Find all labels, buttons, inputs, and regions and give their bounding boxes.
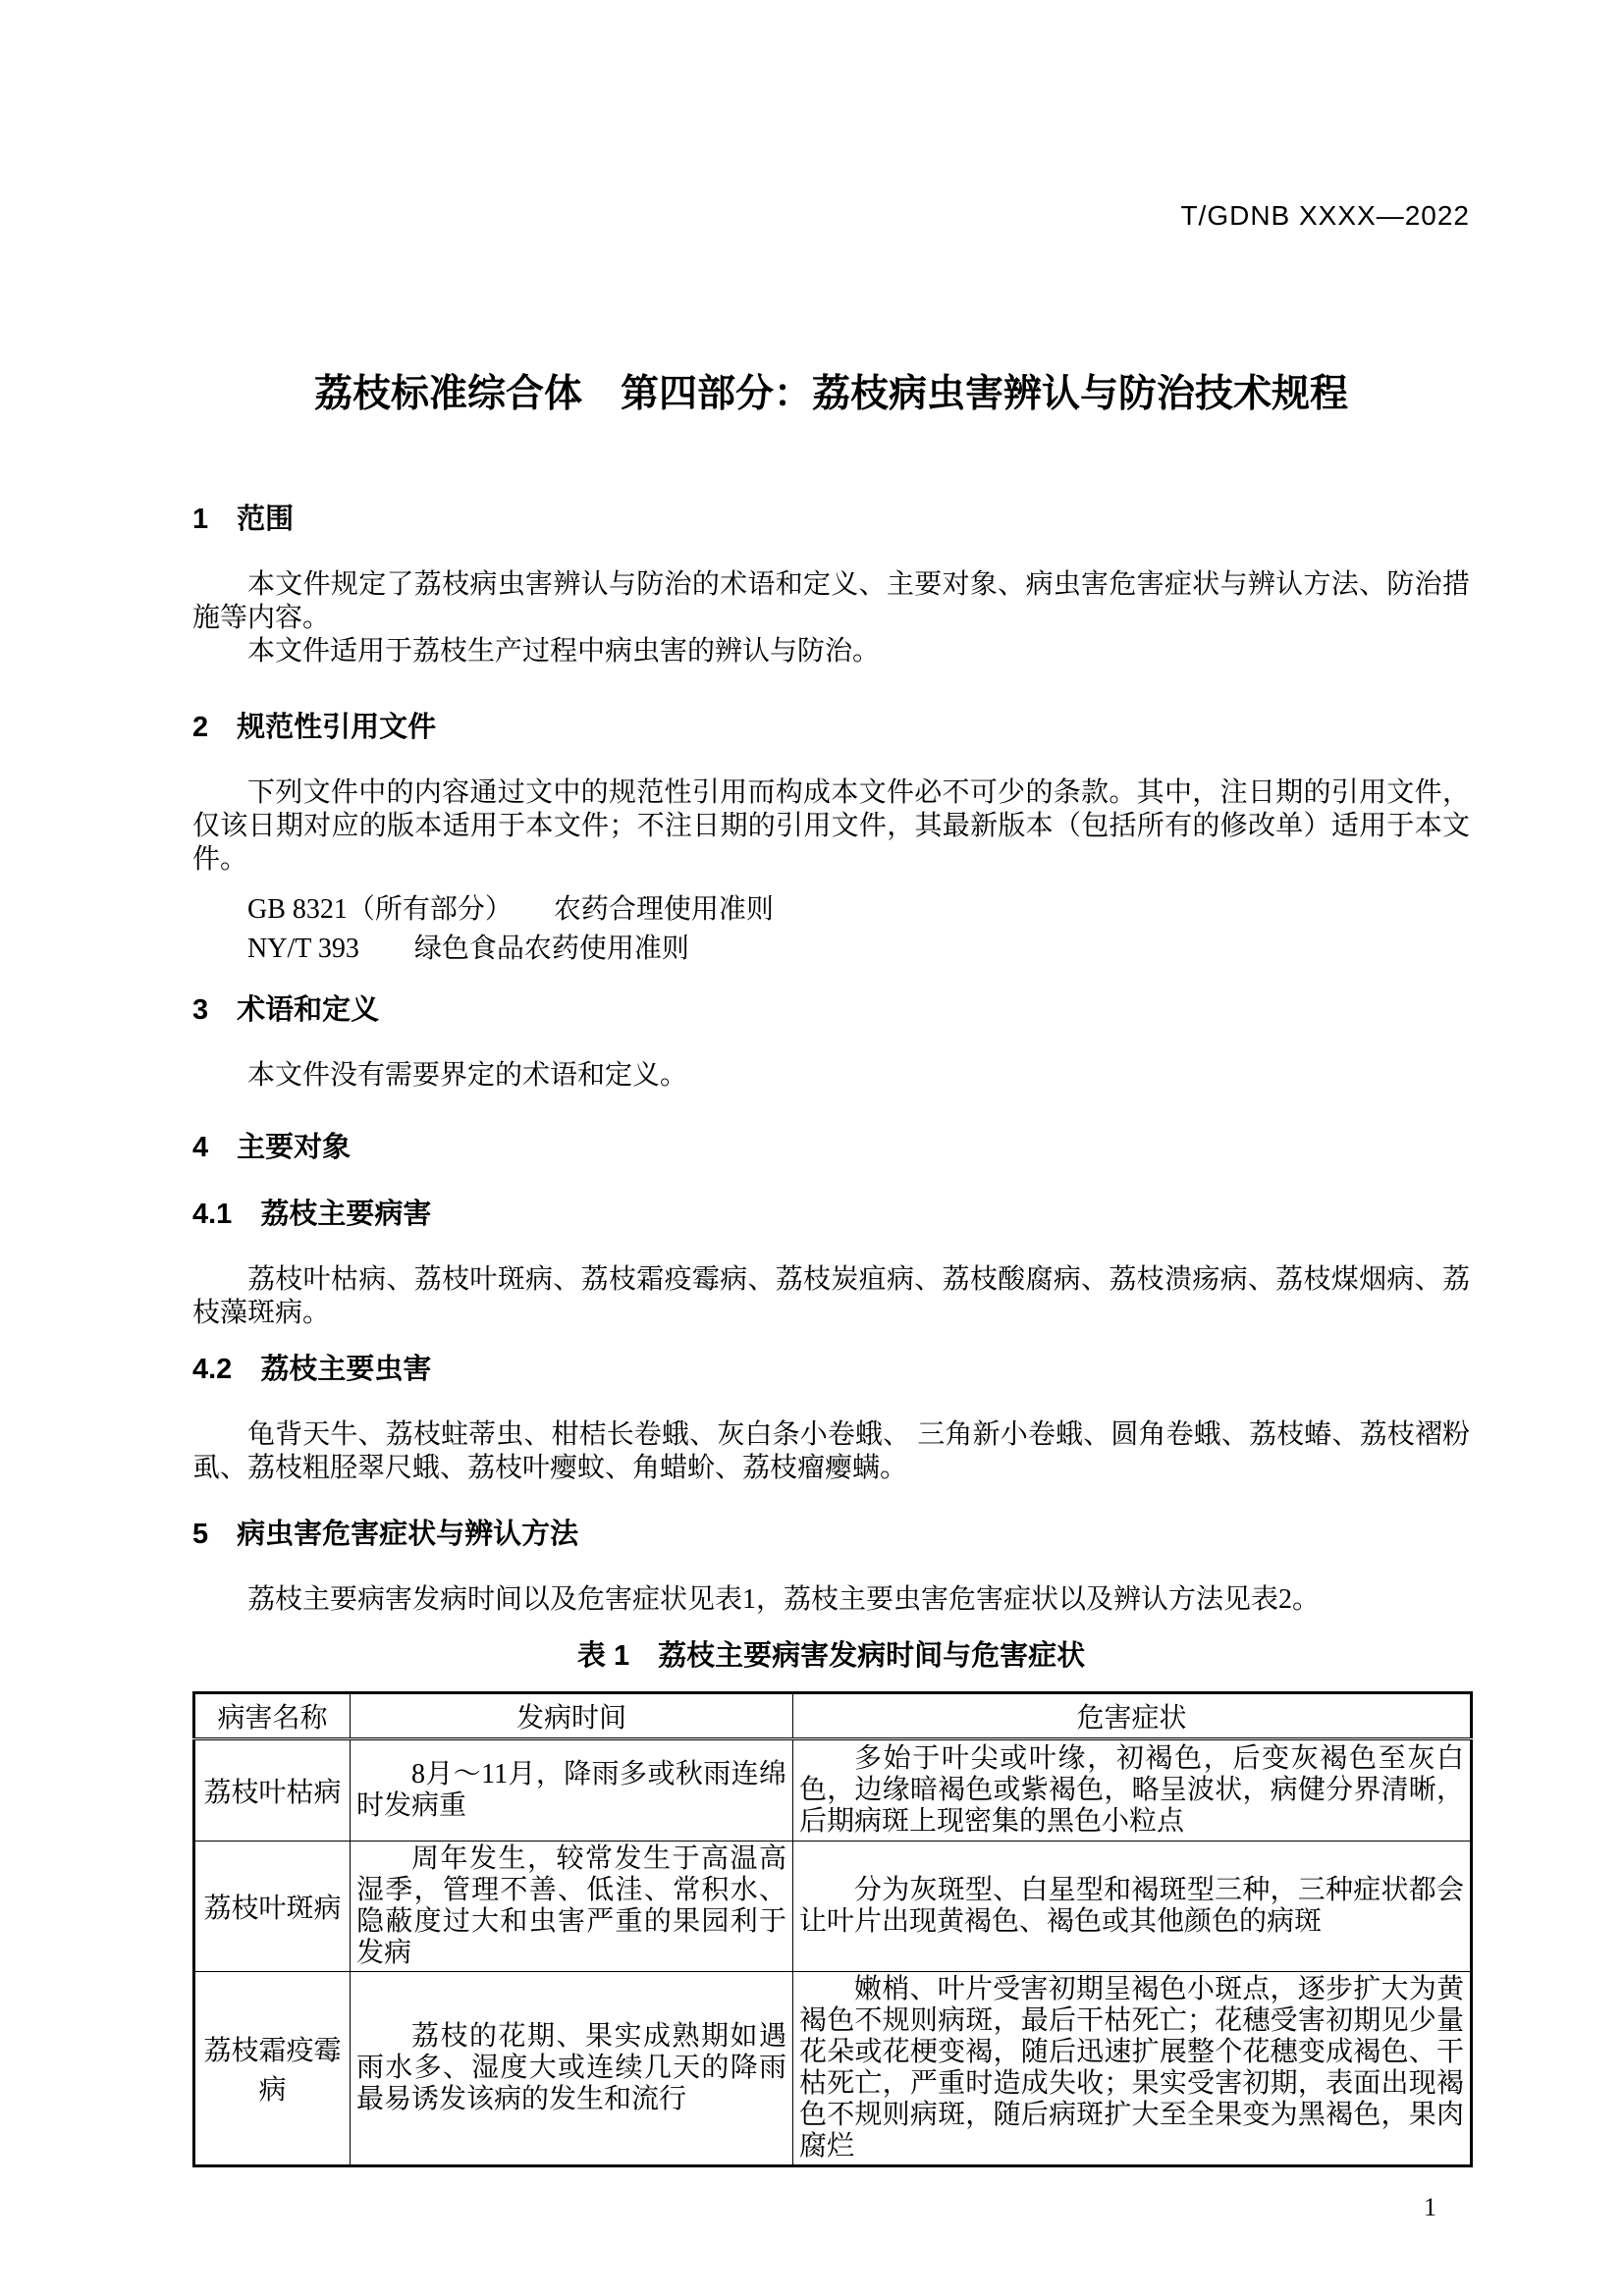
section-3-heading: 3 术语和定义: [192, 994, 1470, 1026]
page-content: T/GDNB XXXX—2022 荔枝标准综合体 第四部分：荔枝病虫害辨认与防治…: [192, 0, 1470, 2222]
section-5-paragraph-1: 荔枝主要病害发病时间以及危害症状见表1，荔枝主要虫害危害症状以及辨认方法见表2。: [192, 1583, 1470, 1617]
section-4-2-heading: 4.2 荔枝主要虫害: [192, 1354, 1470, 1385]
doc-code: T/GDNB XXXX—2022: [192, 201, 1470, 231]
damage-symptom-cell: 嫩梢、叶片受害初期呈褐色小斑点，逐步扩大为黄褐色不规则病斑，最后干枯死亡；花穗受…: [793, 1972, 1472, 2166]
onset-time-cell: 周年发生，较常发生于高温高湿季，管理不善、低洼、常积水、隐蔽度过大和虫害严重的果…: [351, 1842, 793, 1972]
damage-symptom-cell: 分为灰斑型、白星型和褐斑型三种，三种症状都会让叶片出现黄褐色、褐色或其他颜色的病…: [793, 1842, 1472, 1972]
table-1: 病害名称 发病时间 危害症状 荔枝叶枯病 8月～11月，降雨多或秋雨连绵时发病重…: [192, 1691, 1473, 2167]
section-4-1-heading: 4.1 荔枝主要病害: [192, 1199, 1470, 1230]
section-2-heading: 2 规范性引用文件: [192, 712, 1470, 743]
disease-name-cell: 荔枝霜疫霉病: [194, 1972, 351, 2166]
table-1-caption: 表 1 荔枝主要病害发病时间与危害症状: [192, 1640, 1470, 1672]
column-header-onset-time: 发病时间: [351, 1693, 793, 1739]
damage-symptom-cell: 多始于叶尖或叶缘，初褐色，后变灰褐色至灰白色，边缘暗褐色或紫褐色，略呈波状，病健…: [793, 1739, 1472, 1842]
section-1-paragraph-2: 本文件适用于荔枝生产过程中病虫害的辨认与防治。: [192, 635, 1470, 668]
table-header-row: 病害名称 发病时间 危害症状: [194, 1693, 1472, 1739]
section-5-heading: 5 病虫害危害症状与辨认方法: [192, 1519, 1470, 1550]
section-4-heading: 4 主要对象: [192, 1132, 1470, 1163]
section-3-paragraph-1: 本文件没有需要界定的术语和定义。: [192, 1059, 1470, 1093]
page-number: 1: [192, 2193, 1470, 2222]
onset-time-cell: 8月～11月，降雨多或秋雨连绵时发病重: [351, 1739, 793, 1842]
table-row: 荔枝叶枯病 8月～11月，降雨多或秋雨连绵时发病重 多始于叶尖或叶缘，初褐色，后…: [194, 1739, 1472, 1842]
page-title: 荔枝标准综合体 第四部分：荔枝病虫害辨认与防治技术规程: [192, 372, 1470, 417]
section-4-2-paragraph-1: 龟背天牛、荔枝蛀蒂虫、柑桔长卷蛾、灰白条小卷蛾、 三角新小卷蛾、圆角卷蛾、荔枝蝽…: [192, 1418, 1470, 1485]
column-header-damage-symptom: 危害症状: [793, 1693, 1472, 1739]
section-1-paragraph-1: 本文件规定了荔枝病虫害辨认与防治的术语和定义、主要对象、病虫害危害症状与辨认方法…: [192, 568, 1470, 635]
disease-name-cell: 荔枝叶斑病: [194, 1842, 351, 1972]
section-2-paragraph-1: 下列文件中的内容通过文中的规范性引用而构成本文件必不可少的条款。其中，注日期的引…: [192, 776, 1470, 877]
document-page: T/GDNB XXXX—2022 荔枝标准综合体 第四部分：荔枝病虫害辨认与防治…: [0, 0, 1624, 2296]
onset-time-cell: 荔枝的花期、果实成熟期如遇雨水多、湿度大或连续几天的降雨最易诱发该病的发生和流行: [351, 1972, 793, 2166]
normative-reference-2: NY/T 393 绿色食品农药使用准则: [192, 930, 1470, 969]
section-1-heading: 1 范围: [192, 504, 1470, 535]
table-row: 荔枝叶斑病 周年发生，较常发生于高温高湿季，管理不善、低洼、常积水、隐蔽度过大和…: [194, 1842, 1472, 1972]
normative-reference-1: GB 8321（所有部分） 农药合理使用准则: [192, 890, 1470, 930]
column-header-disease-name: 病害名称: [194, 1693, 351, 1739]
disease-name-cell: 荔枝叶枯病: [194, 1739, 351, 1842]
table-row: 荔枝霜疫霉病 荔枝的花期、果实成熟期如遇雨水多、湿度大或连续几天的降雨最易诱发该…: [194, 1972, 1472, 2166]
section-4-1-paragraph-1: 荔枝叶枯病、荔枝叶斑病、荔枝霜疫霉病、荔枝炭疽病、荔枝酸腐病、荔枝溃疡病、荔枝煤…: [192, 1263, 1470, 1330]
